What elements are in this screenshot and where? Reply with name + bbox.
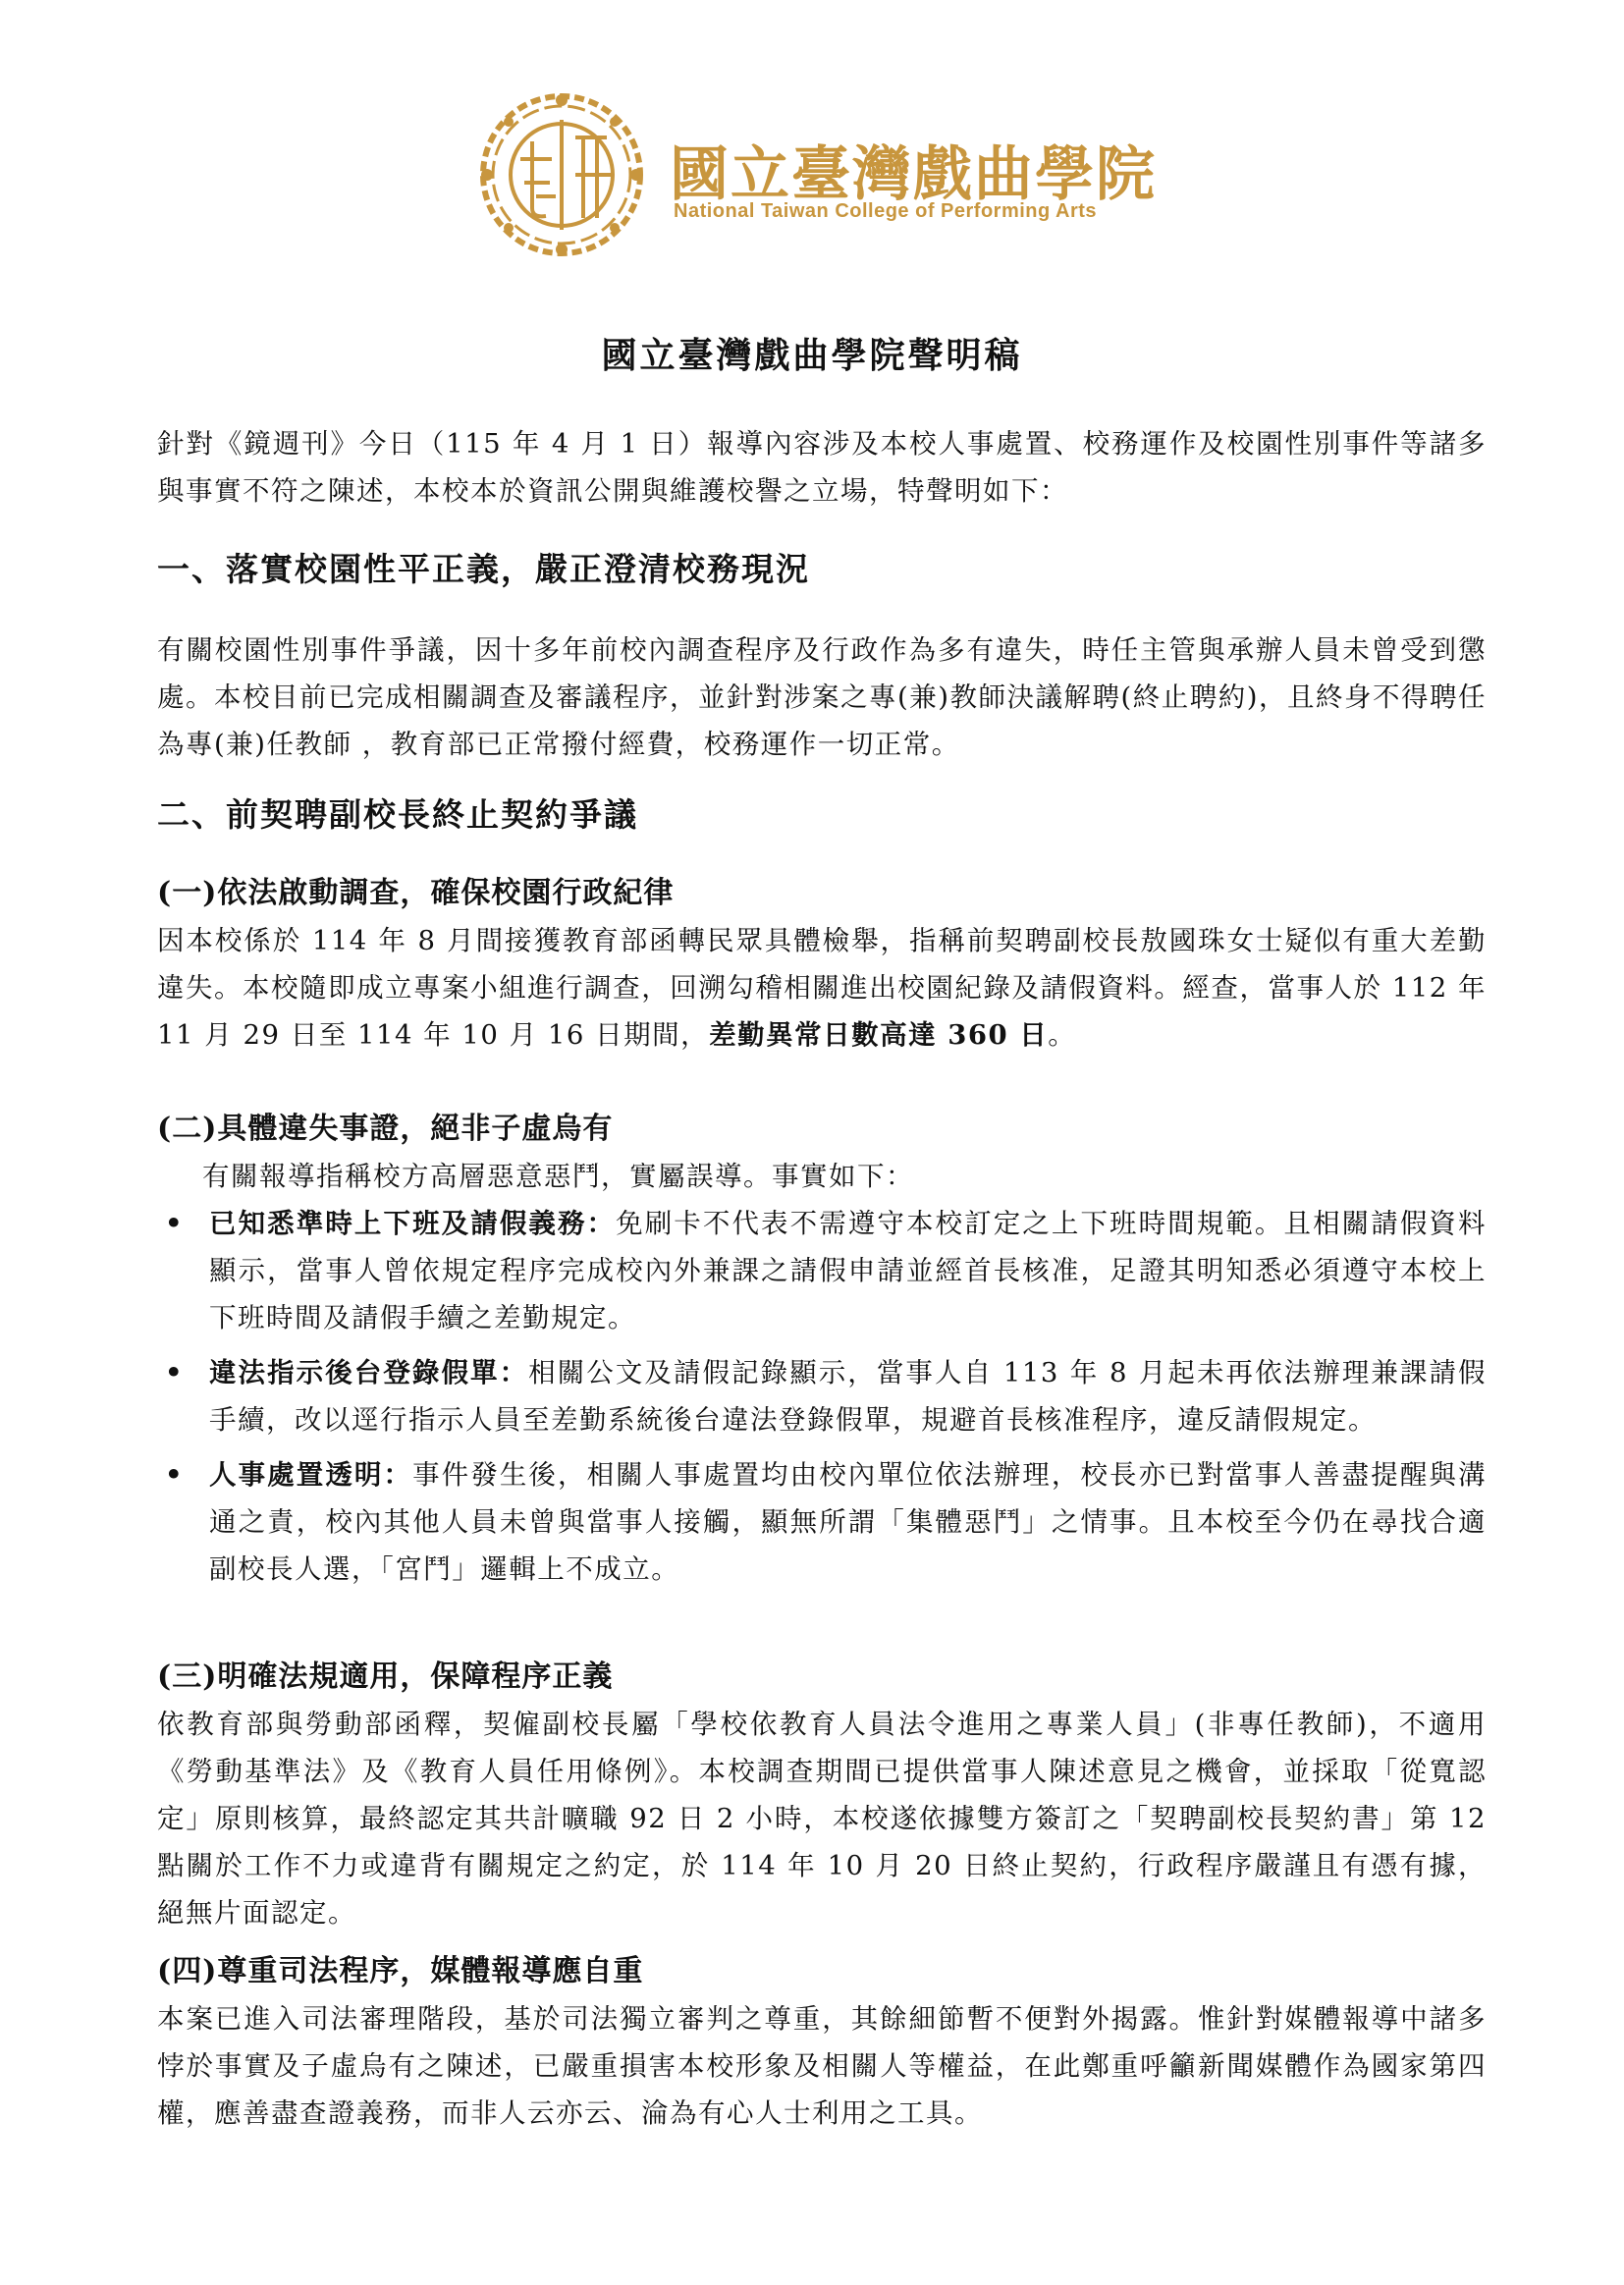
- list-item-label: 已知悉準時上下班及請假義務：: [209, 1208, 616, 1239]
- bullet-icon: •: [165, 1451, 184, 1498]
- list-item: • 人事處置透明：事件發生後，相關人事處置均由校內單位依法辦理，校長亦已對當事人…: [157, 1451, 1487, 1593]
- subsection-2-4: (四)尊重司法程序，媒體報導應自重 本案已進入司法審理階段，基於司法獨立審判之尊…: [157, 1948, 1487, 2137]
- subsection-2-1: (一)依法啟動調查，確保校園行政紀律 因本校係於 114 年 8 月間接獲教育部…: [157, 870, 1487, 1059]
- subsection-2-3-heading: (三)明確法規適用，保障程序正義: [157, 1654, 1487, 1701]
- subsection-2-4-body: 本案已進入司法審理階段，基於司法獨立審判之尊重，其餘細節暫不便對外揭露。惟針對媒…: [157, 1995, 1487, 2137]
- section-1: 一、落實校園性平正義，嚴正澄清校務現況: [157, 546, 1487, 593]
- document-page: 國立臺灣戲曲學院 National Taiwan College of Perf…: [0, 0, 1624, 2285]
- highlight-absence-days: 差勤異常日數高達 360 日: [709, 1019, 1048, 1051]
- logo-name-english: National Taiwan College of Performing Ar…: [674, 200, 1097, 223]
- list-item: • 違法指示後台登錄假單：相關公文及請假記錄顯示，當事人自 113 年 8 月起…: [157, 1349, 1487, 1443]
- college-seal-icon: [477, 90, 646, 259]
- section-1-body: 有關校園性別事件爭議，因十多年前校內調查程序及行政作為多有違失，時任主管與承辦人…: [157, 626, 1487, 768]
- section-2-heading: 二、前契聘副校長終止契約爭議: [157, 791, 1487, 839]
- subsection-2-1-body: 因本校係於 114 年 8 月間接獲教育部函轉民眾具體檢舉，指稱前契聘副校長敖國…: [157, 917, 1487, 1059]
- bullet-icon: •: [165, 1200, 184, 1247]
- list-item: • 已知悉準時上下班及請假義務：免刷卡不代表不需遵守本校訂定之上下班時間規範。且…: [157, 1200, 1487, 1341]
- list-item-label: 違法指示後台登錄假單：: [209, 1357, 528, 1388]
- subsection-2-2: (二)具體違失事證，絕非子虛烏有 有關報導指稱校方高層惡意惡鬥，實屬誤導。事實如…: [157, 1106, 1487, 1601]
- subsection-2-3: (三)明確法規適用，保障程序正義 依教育部與勞動部函釋，契僱副校長屬「學校依教育…: [157, 1654, 1487, 1936]
- section-1-body-block: 有關校園性別事件爭議，因十多年前校內調查程序及行政作為多有違失，時任主管與承辦人…: [157, 626, 1487, 768]
- intro-paragraph: 針對《鏡週刊》今日（115 年 4 月 1 日）報導內容涉及本校人事處置、校務運…: [157, 420, 1487, 515]
- section-2: 二、前契聘副校長終止契約爭議: [157, 791, 1487, 839]
- document-title: 國立臺灣戲曲學院聲明稿: [0, 328, 1624, 378]
- section-1-heading: 一、落實校園性平正義，嚴正澄清校務現況: [157, 546, 1487, 593]
- intro-paragraph-block: 針對《鏡週刊》今日（115 年 4 月 1 日）報導內容涉及本校人事處置、校務運…: [157, 420, 1487, 515]
- subsection-2-1-text-end: 。: [1048, 1019, 1076, 1051]
- college-logo: 國立臺灣戲曲學院 National Taiwan College of Perf…: [477, 90, 1164, 257]
- subsection-2-2-heading: (二)具體違失事證，絕非子虛烏有: [157, 1106, 1487, 1153]
- subsection-2-1-heading: (一)依法啟動調查，確保校園行政紀律: [157, 870, 1487, 917]
- violations-list: • 已知悉準時上下班及請假義務：免刷卡不代表不需遵守本校訂定之上下班時間規範。且…: [157, 1200, 1487, 1593]
- subsection-2-2-lead: 有關報導指稱校方高層惡意惡鬥，實屬誤導。事實如下：: [157, 1153, 1487, 1200]
- list-item-label: 人事處置透明：: [209, 1459, 412, 1491]
- bullet-icon: •: [165, 1349, 184, 1396]
- subsection-2-4-heading: (四)尊重司法程序，媒體報導應自重: [157, 1948, 1487, 1995]
- subsection-2-3-body: 依教育部與勞動部函釋，契僱副校長屬「學校依教育人員法令進用之專業人員」(非專任教…: [157, 1701, 1487, 1936]
